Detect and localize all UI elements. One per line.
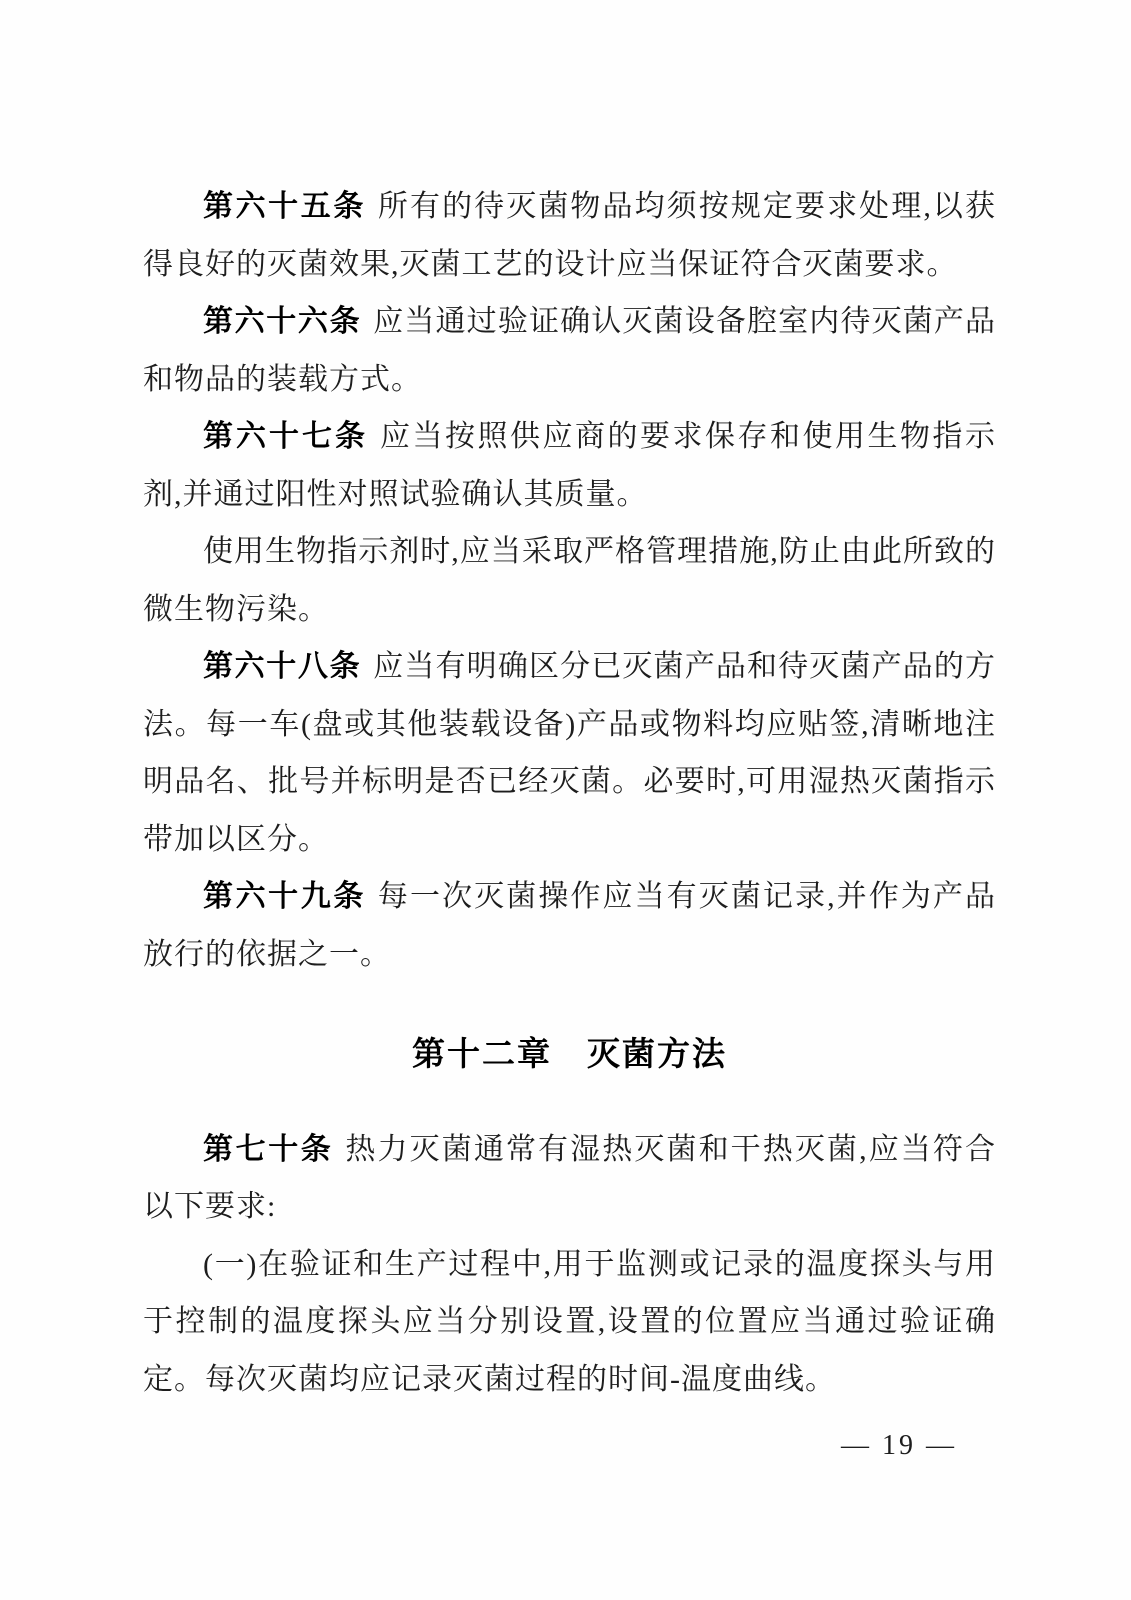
- article-paragraph-65: 第六十五条所有的待灭菌物品均须按规定要求处理,以获得良好的灭菌效果,灭菌工艺的设…: [143, 178, 996, 293]
- article-number-67: 第六十七条: [203, 420, 368, 453]
- paragraph-item-one: (一)在验证和生产过程中,用于监测或记录的温度探头与用于控制的温度探头应当分别设…: [143, 1236, 996, 1409]
- page-number: — 19 —: [841, 1428, 957, 1464]
- article-number-70: 第七十条: [203, 1133, 333, 1166]
- article-number-69: 第六十九条: [203, 880, 366, 913]
- chapter-heading: 第十二章 灭菌方法: [143, 1025, 996, 1083]
- document-page: 第六十五条所有的待灭菌物品均须按规定要求处理,以获得良好的灭菌效果,灭菌工艺的设…: [0, 0, 1131, 1600]
- article-number-65: 第六十五条: [203, 190, 366, 223]
- paragraph-text: 使用生物指示剂时,应当采取严格管理措施,防止由此所致的微生物污染。: [143, 535, 996, 626]
- paragraph-biological-indicator: 使用生物指示剂时,应当采取严格管理措施,防止由此所致的微生物污染。: [143, 523, 996, 638]
- article-number-66: 第六十六条: [203, 305, 361, 338]
- article-paragraph-66: 第六十六条应当通过验证确认灭菌设备腔室内待灭菌产品和物品的装载方式。: [143, 293, 996, 408]
- article-paragraph-70: 第七十条热力灭菌通常有湿热灭菌和干热灭菌,应当符合以下要求:: [143, 1121, 996, 1236]
- article-paragraph-67: 第六十七条应当按照供应商的要求保存和使用生物指示剂,并通过阳性对照试验确认其质量…: [143, 408, 996, 523]
- article-paragraph-69: 第六十九条每一次灭菌操作应当有灭菌记录,并作为产品放行的依据之一。: [143, 868, 996, 983]
- document-body: 第六十五条所有的待灭菌物品均须按规定要求处理,以获得良好的灭菌效果,灭菌工艺的设…: [143, 178, 996, 1408]
- article-paragraph-68: 第六十八条应当有明确区分已灭菌产品和待灭菌产品的方法。每一车(盘或其他装载设备)…: [143, 638, 996, 868]
- paragraph-text: (一)在验证和生产过程中,用于监测或记录的温度探头与用于控制的温度探头应当分别设…: [143, 1248, 996, 1396]
- article-number-68: 第六十八条: [203, 650, 361, 683]
